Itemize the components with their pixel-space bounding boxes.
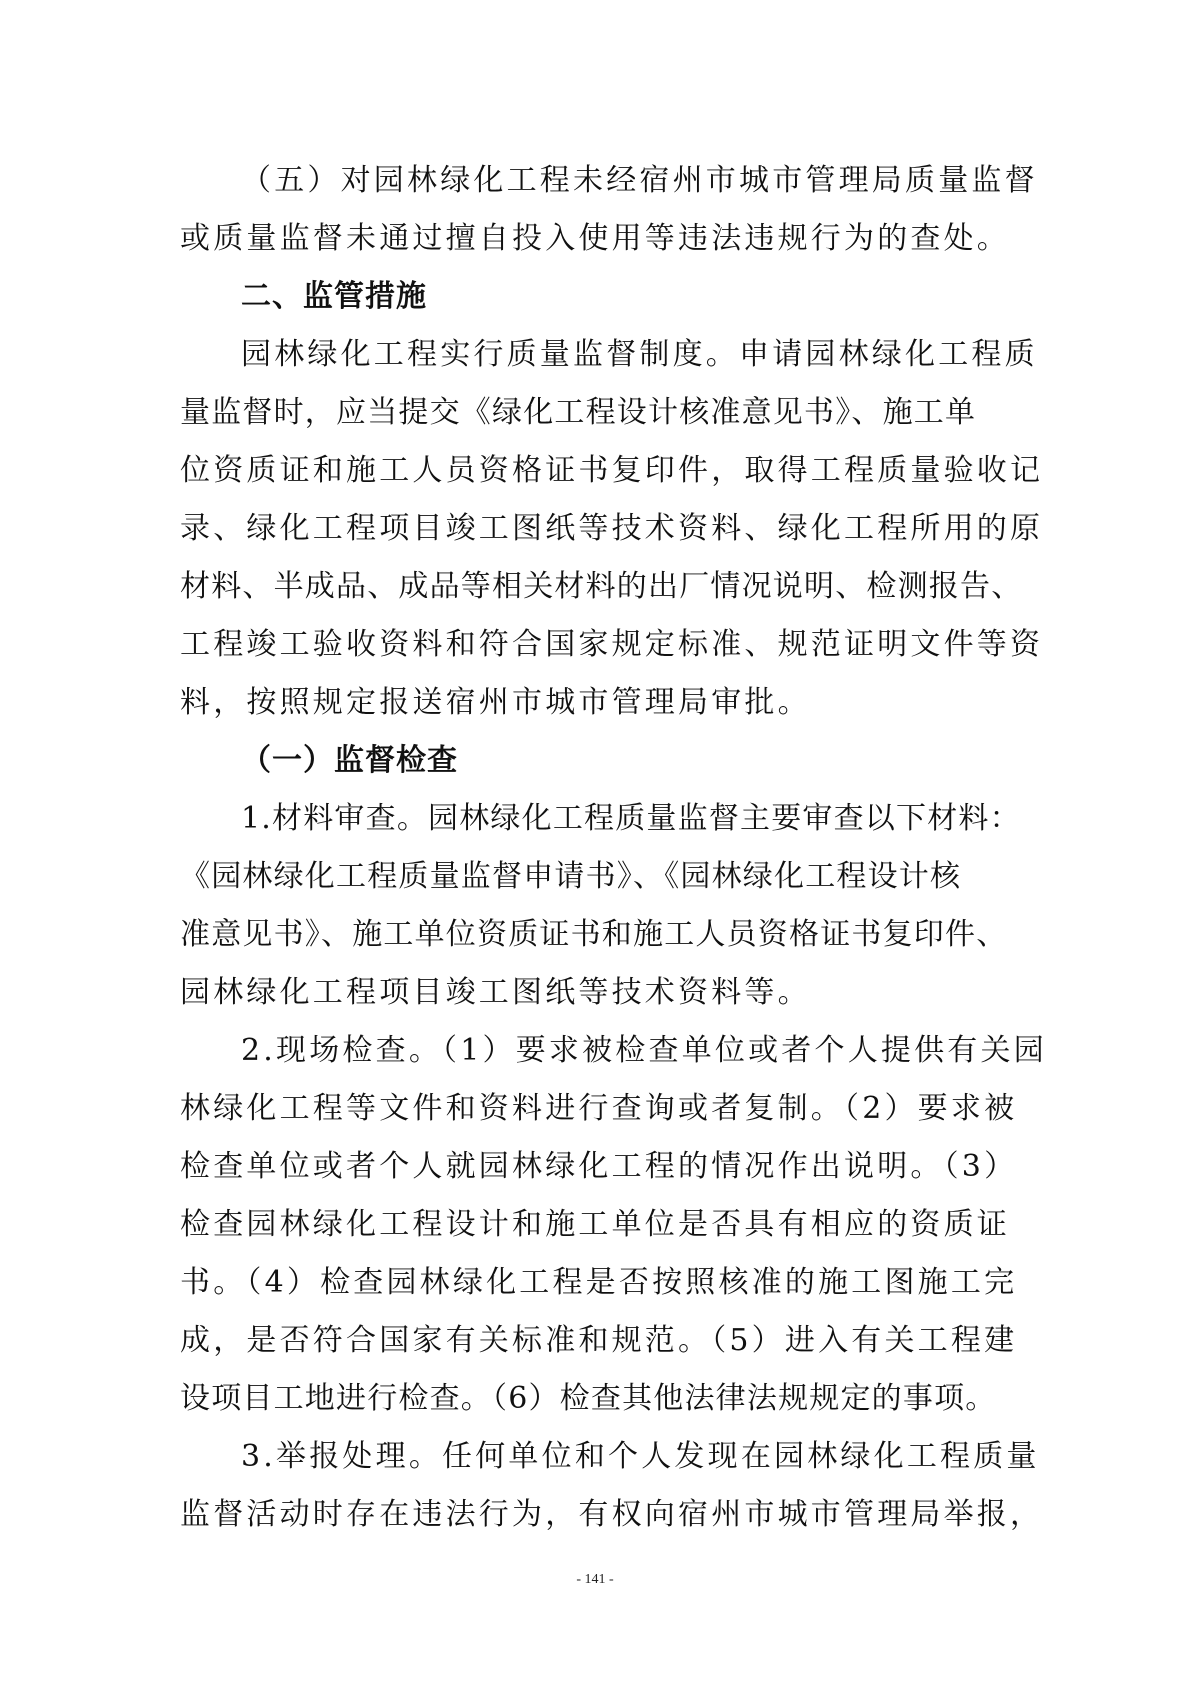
paragraph-line: 设项目工地进行检查。（6）检查其他法律法规规定的事项。 [180,1370,1020,1428]
paragraph-line: 量监督时，应当提交《绿化工程设计核准意见书》、施工单 [180,384,1020,442]
paragraph-line: 园林绿化工程项目竣工图纸等技术资料等。 [180,964,1020,1022]
paragraph-line: 检查园林绿化工程设计和施工单位是否具有相应的资质证 [180,1196,1020,1254]
paragraph-line: 录、绿化工程项目竣工图纸等技术资料、绿化工程所用的原 [180,500,1020,558]
paragraph-line-item-5: （五）对园林绿化工程未经宿州市城市管理局质量监督 [180,152,1020,210]
subsection-heading-inspection: （一）监督检查 [180,732,1020,790]
paragraph-line: 料，按照规定报送宿州市城市管理局审批。 [180,674,1020,732]
paragraph-line: 检查单位或者个人就园林绿化工程的情况作出说明。（3） [180,1138,1020,1196]
paragraph-line: 位资质证和施工人员资格证书复印件，取得工程质量验收记 [180,442,1020,500]
paragraph-line: 《园林绿化工程质量监督申请书》、《园林绿化工程设计核 [180,848,1020,906]
paragraph-line: 准意见书》、施工单位资质证书和施工人员资格证书复印件、 [180,906,1020,964]
paragraph-line: 林绿化工程等文件和资料进行查询或者复制。（2）要求被 [180,1080,1020,1138]
document-page: （五）对园林绿化工程未经宿州市城市管理局质量监督 或质量监督未通过擅自投入使用等… [0,0,1190,1683]
section-heading-supervision-measures: 二、监管措施 [180,268,1020,326]
paragraph-line: 监督活动时存在违法行为，有权向宿州市城市管理局举报， [180,1486,1020,1544]
paragraph-line: 园林绿化工程实行质量监督制度。申请园林绿化工程质 [180,326,1020,384]
paragraph-line: 成，是否符合国家有关标准和规范。（5）进入有关工程建 [180,1312,1020,1370]
paragraph-line-material-review: 1.材料审查。园林绿化工程质量监督主要审查以下材料： [180,790,1020,848]
paragraph-line: 材料、半成品、成品等相关材料的出厂情况说明、检测报告、 [180,558,1020,616]
paragraph-line: 或质量监督未通过擅自投入使用等违法违规行为的查处。 [180,210,1020,268]
document-body: （五）对园林绿化工程未经宿州市城市管理局质量监督 或质量监督未通过擅自投入使用等… [180,152,1020,1544]
page-number: - 141 - [0,1572,1190,1588]
paragraph-line-site-inspection: 2.现场检查。（1）要求被检查单位或者个人提供有关园 [180,1022,1020,1080]
paragraph-line-report-handling: 3.举报处理。任何单位和个人发现在园林绿化工程质量 [180,1428,1020,1486]
paragraph-line: 书。（4）检查园林绿化工程是否按照核准的施工图施工完 [180,1254,1020,1312]
paragraph-line: 工程竣工验收资料和符合国家规定标准、规范证明文件等资 [180,616,1020,674]
